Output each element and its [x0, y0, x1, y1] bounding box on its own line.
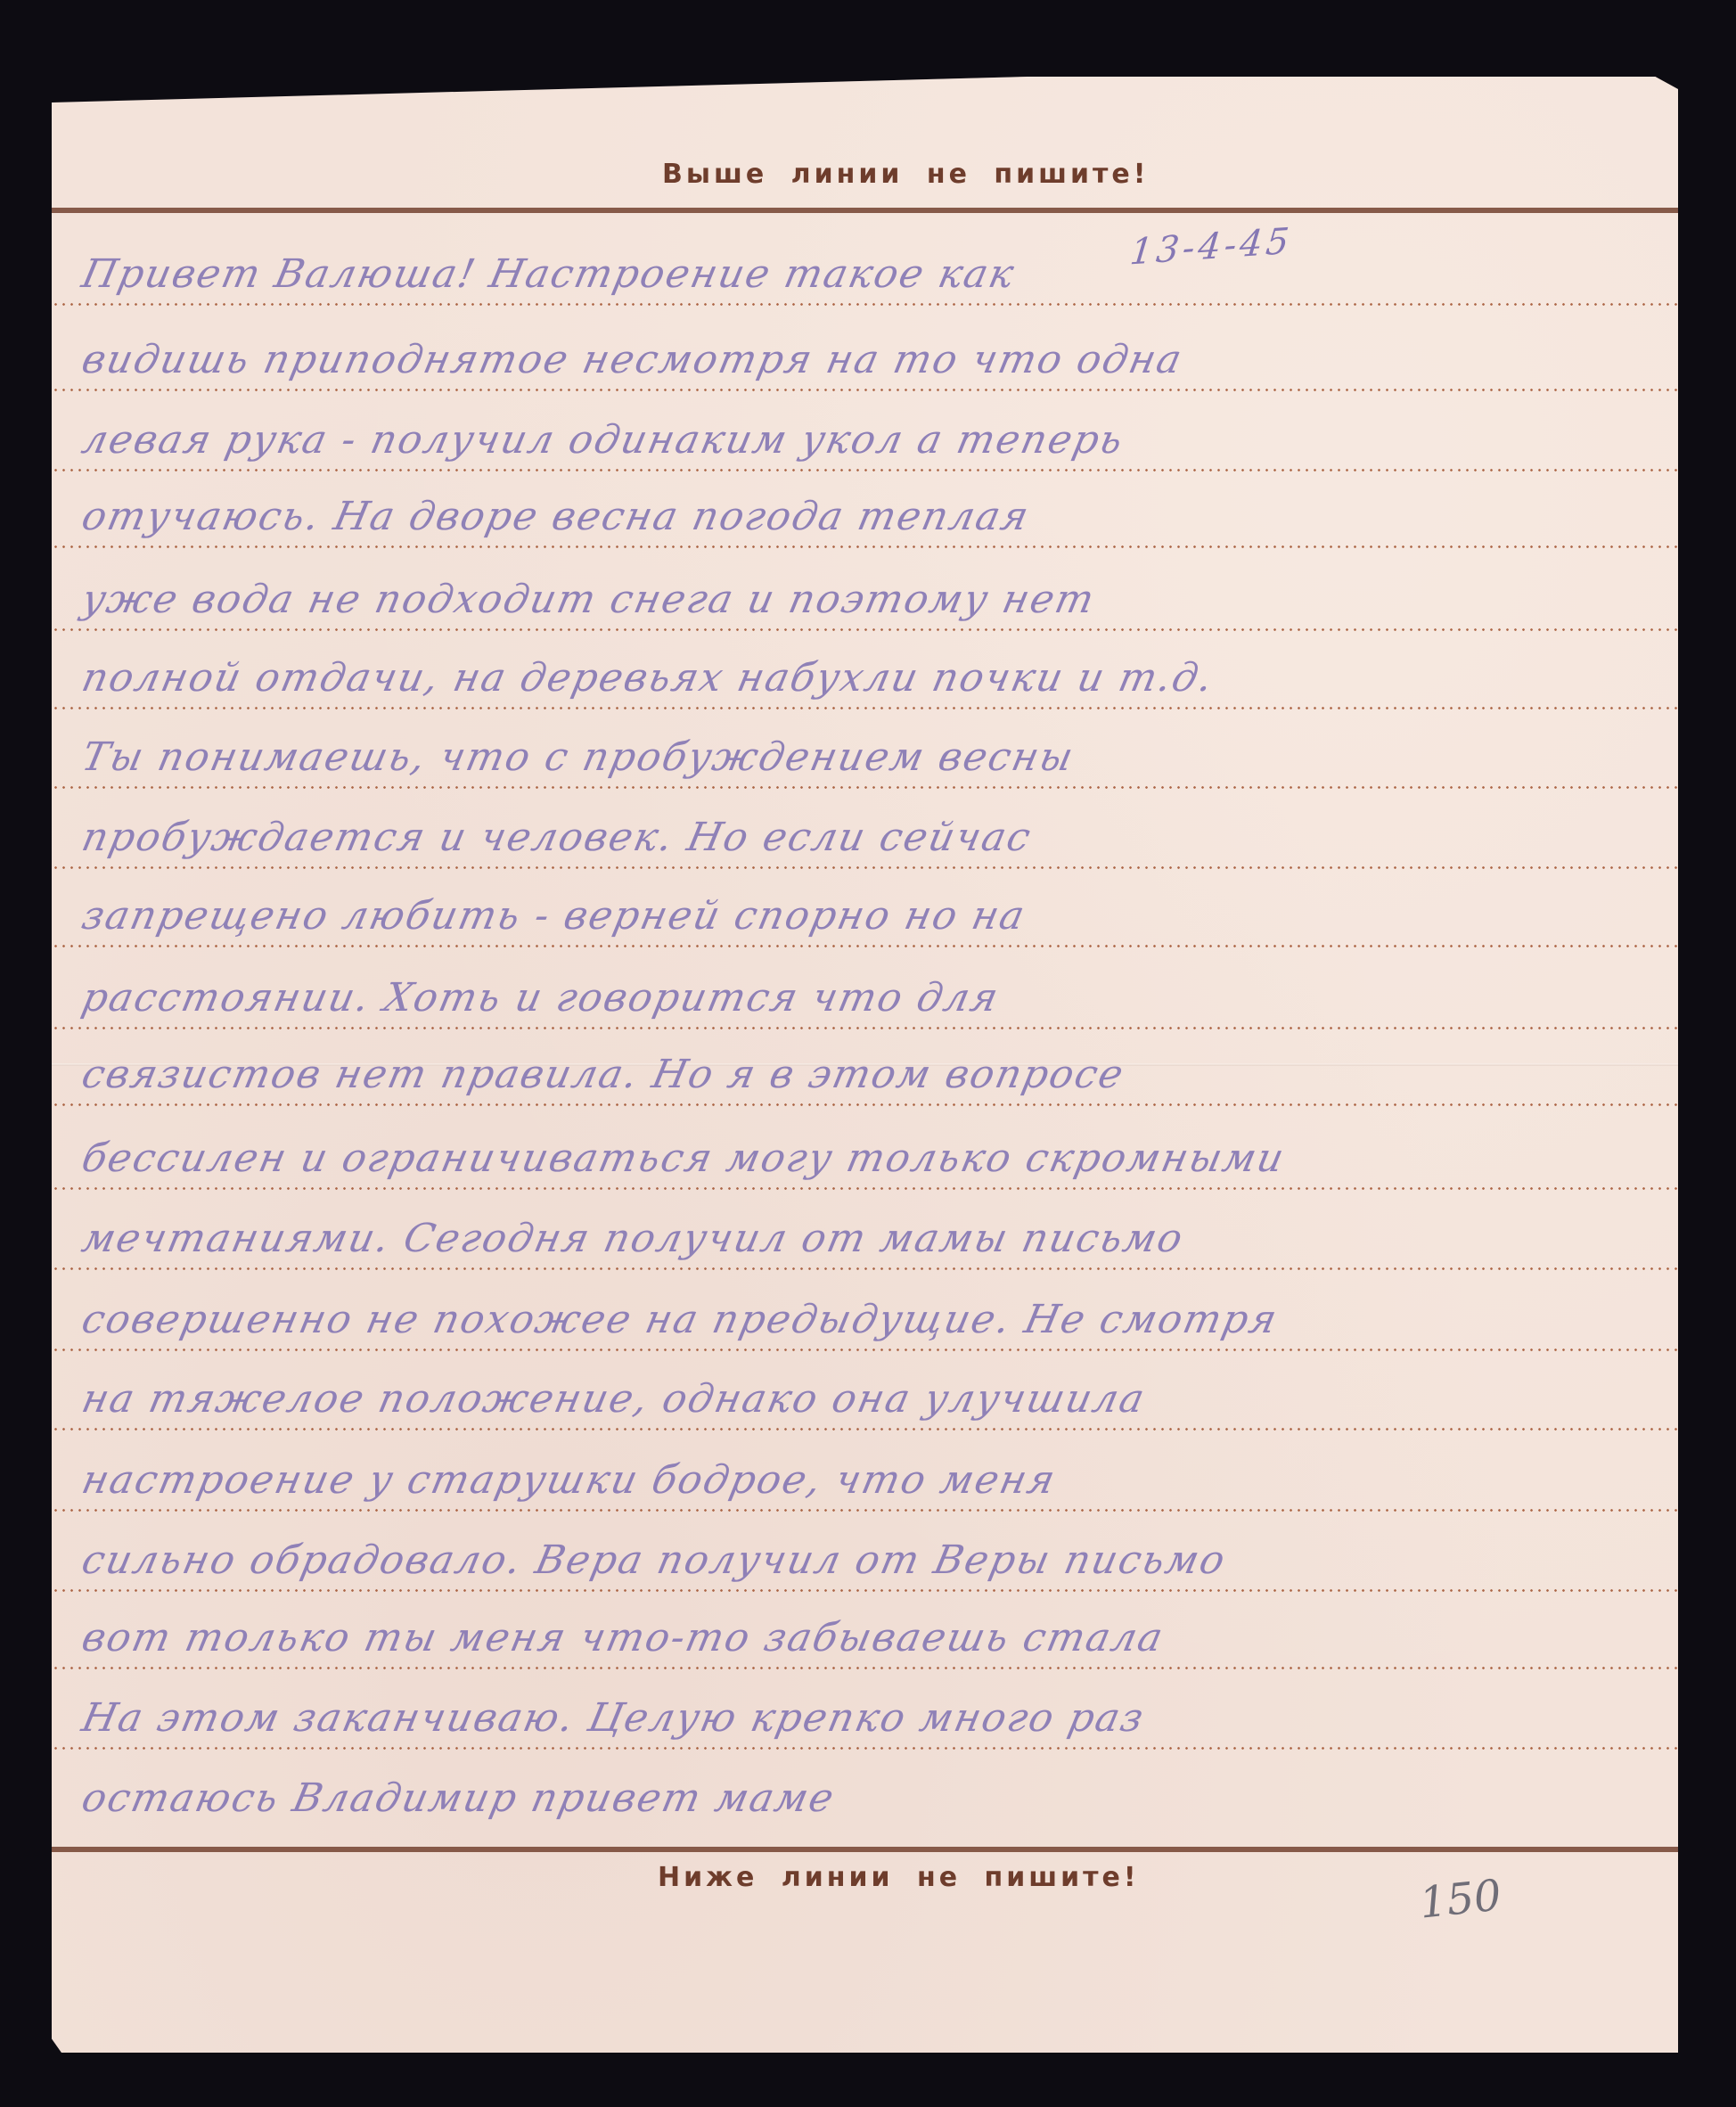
dotted-rule [52, 786, 1678, 789]
handwritten-line: бессилен и ограничиваться могу только ск… [78, 1139, 1633, 1178]
dotted-rule [52, 1509, 1678, 1512]
handwritten-line: пробуждается и человек. Но если сейчас [78, 818, 1633, 857]
handwritten-line: отучаюсь. На дворе весна погода теплая [78, 497, 1633, 537]
handwritten-line: левая рука - получил одинаким укол а теп… [78, 421, 1633, 460]
handwritten-line: Привет Валюша! Настроение такое как [78, 255, 1633, 294]
archive-number: 150 [1417, 1870, 1503, 1928]
dotted-rule [52, 1589, 1678, 1592]
handwritten-line: уже вода не подходит снега и поэтому нет [78, 580, 1633, 619]
handwritten-line: Ты понимаешь, что с пробуждением весны [78, 738, 1633, 777]
dotted-rule [52, 1187, 1678, 1190]
printed-header-label: Выше линии не пишите! [662, 159, 1149, 190]
dotted-rule [52, 303, 1678, 306]
dotted-rule [52, 707, 1678, 709]
dotted-rule [52, 469, 1678, 471]
dotted-rule [52, 866, 1678, 869]
dotted-rule [52, 1267, 1678, 1270]
printed-footer-label: Ниже линии не пишите! [658, 1862, 1140, 1893]
handwritten-line: видишь приподнятое несмотря на то что од… [78, 340, 1633, 380]
handwritten-line: мечтаниями. Сегодня получил от мамы пись… [78, 1219, 1633, 1258]
bottom-solid-rule [52, 1847, 1678, 1852]
handwritten-line: расстоянии. Хоть и говорится что для [78, 979, 1633, 1018]
dotted-rule [52, 1349, 1678, 1351]
dotted-rule [52, 545, 1678, 548]
handwritten-line: на тяжелое положение, однако она улучшил… [78, 1380, 1633, 1419]
dotted-rule [52, 1027, 1678, 1029]
handwritten-line: настроение у старушки бодрое, что меня [78, 1461, 1633, 1500]
dotted-rule [52, 1747, 1678, 1750]
handwritten-line: совершенно не похожее на предыдущие. Не … [78, 1300, 1633, 1340]
top-solid-rule [52, 208, 1678, 213]
handwritten-line: сильно обрадовало. Вера получил от Веры … [78, 1541, 1633, 1580]
letter-sheet: Выше линии не пишите! 13-4-45 Привет Вал… [52, 77, 1678, 2053]
dotted-rule [52, 389, 1678, 391]
dotted-rule [52, 1667, 1678, 1669]
dotted-rule [52, 628, 1678, 631]
handwritten-line: запрещено любить - верней спорно но на [78, 897, 1633, 936]
dotted-rule [52, 945, 1678, 947]
handwritten-line: вот только ты меня что-то забываешь стал… [78, 1619, 1633, 1658]
dotted-rule [52, 1103, 1678, 1106]
handwritten-line: связистов нет правила. Но я в этом вопро… [78, 1055, 1633, 1094]
handwritten-line: остаюсь Владимир привет маме [78, 1779, 1633, 1818]
handwritten-line: полной отдачи, на деревьях набухли почки… [78, 659, 1633, 698]
handwritten-line: На этом заканчиваю. Целую крепко много р… [78, 1699, 1633, 1738]
dotted-rule [52, 1428, 1678, 1431]
